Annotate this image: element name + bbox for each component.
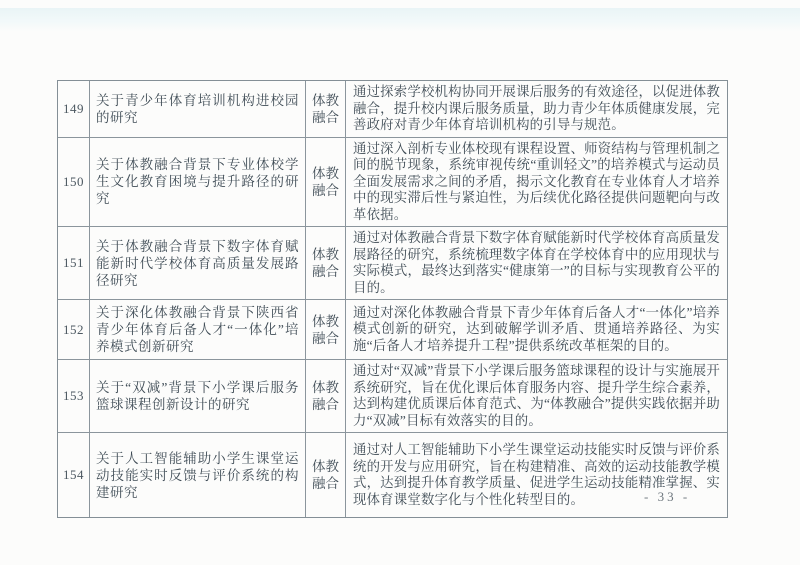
topic-category: 体教融合 <box>311 313 340 347</box>
table-row: 149 关于青少年体育培训机构进校园的研究 体教融合 通过探索学校机构协同开展课… <box>58 81 727 138</box>
topic-title: 关于体教融合背景下专业体校学生文化教育困境与提升路径的研究 <box>96 156 299 207</box>
topic-number: 149 <box>63 101 84 117</box>
topic-category: 体教融合 <box>311 458 340 492</box>
topic-title: 关于人工智能辅助小学生课堂运动技能实时反馈与评价系统的构建研究 <box>96 450 299 501</box>
topic-title: 关于体教融合背景下数字体育赋能新时代学校体育高质量发展路径研究 <box>96 238 299 289</box>
topic-title: 关于深化体教融合背景下陕西省青少年体育后备人才“一体化”培养模式创新研究 <box>96 304 299 355</box>
topic-number: 152 <box>63 322 84 338</box>
scanned-document-page: 149 关于青少年体育培训机构进校园的研究 体教融合 通过探索学校机构协同开展课… <box>0 0 800 565</box>
topic-number: 154 <box>63 467 84 483</box>
table-row: 154 关于人工智能辅助小学生课堂运动技能实时反馈与评价系统的构建研究 体教融合… <box>58 433 727 517</box>
topic-category: 体教融合 <box>311 165 340 199</box>
topic-title: 关于青少年体育培训机构进校园的研究 <box>96 92 299 126</box>
research-topics-table: 149 关于青少年体育培训机构进校园的研究 体教融合 通过探索学校机构协同开展课… <box>57 80 728 518</box>
topic-description: 通过对“双减”背景下小学课后服务篮球课程的设计与实施展开系统研究，旨在优化课后体… <box>353 363 720 429</box>
table-row: 153 关于“双减”背景下小学课后服务篮球课程创新设计的研究 体教融合 通过对“… <box>58 360 727 433</box>
topic-number: 153 <box>63 388 84 404</box>
table-row: 151 关于体教融合背景下数字体育赋能新时代学校体育高质量发展路径研究 体教融合… <box>58 227 727 300</box>
topic-category: 体教融合 <box>311 92 340 126</box>
topic-description: 通过对深化体教融合背景下青少年体育后备人才“一体化”培养模式创新的研究，达到破解… <box>353 305 720 355</box>
topic-category: 体教融合 <box>311 379 340 413</box>
scan-artifact-band <box>0 8 800 32</box>
table-row: 150 关于体教融合背景下专业体校学生文化教育困境与提升路径的研究 体教融合 通… <box>58 138 727 228</box>
page-number: - 33 - <box>644 489 690 505</box>
topic-description: 通过探索学校机构协同开展课后服务的有效途径，以促进体教融合，提升校内课后服务质量… <box>353 84 720 134</box>
topic-description: 通过对体教融合背景下数字体育赋能新时代学校体育高质量发展路径的研究，系统梳理数字… <box>353 230 720 296</box>
topic-title: 关于“双减”背景下小学课后服务篮球课程创新设计的研究 <box>96 379 299 413</box>
topic-description: 通过深入剖析专业体校现有课程设置、师资结构与管理机制之间的脱节现象，系统审视传统… <box>353 141 720 224</box>
table-row: 152 关于深化体教融合背景下陕西省青少年体育后备人才“一体化”培养模式创新研究… <box>58 300 727 360</box>
topic-number: 151 <box>63 255 84 271</box>
topic-number: 150 <box>63 174 84 190</box>
topic-category: 体教融合 <box>311 246 340 280</box>
